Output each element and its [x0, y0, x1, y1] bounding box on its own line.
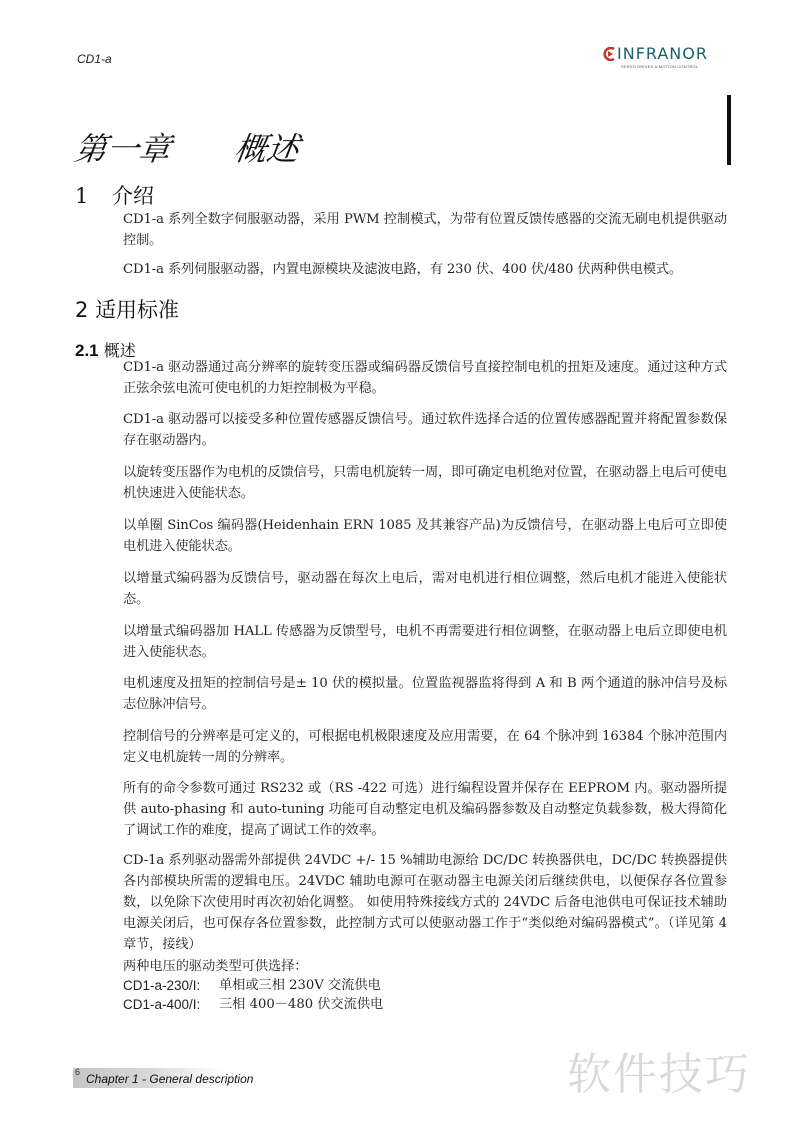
voltage-intro: 两种电压的驱动类型可供选择：	[123, 957, 383, 976]
paragraph: CD1-a 驱动器可以接受多种位置传感器反馈信号。通过软件选择合适的位置传感器配…	[123, 409, 727, 451]
section-title: 介绍	[112, 184, 154, 208]
section-title: 适用标准	[95, 298, 179, 322]
chapter-number: 第一章	[72, 130, 173, 168]
chapter-side-marker	[727, 95, 731, 165]
paragraph: 以单圈 SinCos 编码器(Heidenhain ERN 1085 及其兼容产…	[123, 515, 727, 557]
section-heading-2: 2 适用标准	[75, 294, 179, 324]
paragraph: CD1-a 系列全数字伺服驱动器，采用 PWM 控制模式，为带有位置反馈传感器的…	[123, 209, 727, 251]
chapter-title: 第一章概述	[72, 124, 302, 170]
section-heading-1: 1介绍	[75, 180, 154, 210]
paragraph: 以增量式编码器加 HALL 传感器为反馈型号，电机不再需要进行相位调整，在驱动器…	[123, 621, 727, 663]
model-name: CD1-a-230/I:	[123, 976, 219, 995]
paragraph: CD1-a 系列伺服驱动器，内置电源模块及滤波电路，有 230 伏、400 伏/…	[123, 259, 727, 280]
logo-text: INFRANOR	[617, 45, 708, 63]
watermark: 软件技巧	[567, 1038, 751, 1102]
paragraph: 以旋转变压器作为电机的反馈信号，只需电机旋转一周，即可确定电机绝对位置，在驱动器…	[123, 462, 727, 504]
infranor-logo: INFRANOR SERVO DRIVES & MOTION CONTROL	[603, 45, 728, 75]
logo-mark-icon	[603, 47, 615, 61]
document-code: CD1-a	[77, 52, 112, 66]
model-description: 单相或三相 230V 交流供电	[219, 976, 381, 995]
paragraph: CD1-a 驱动器通过高分辨率的旋转变压器或编码器反馈信号直接控制电机的扭矩及速…	[123, 357, 727, 399]
page-number: 6	[75, 1067, 80, 1077]
section-number: 1	[75, 184, 112, 208]
logo-tagline: SERVO DRIVES & MOTION CONTROL	[621, 64, 728, 69]
section-number: 2	[75, 298, 88, 322]
paragraph: 以增量式编码器为反馈信号，驱动器在每次上电后，需对电机进行相位调整，然后电机才能…	[123, 568, 727, 610]
voltage-type-row: CD1-a-400/I: 三相 400－480 伏交流供电	[123, 995, 383, 1014]
subsection-number: 2.1	[75, 341, 99, 360]
paragraph: 电机速度及扭矩的控制信号是± 10 伏的模拟量。位置监视器监将得到 A 和 B …	[123, 673, 727, 715]
paragraph: 控制信号的分辨率是可定义的，可根据电机极限速度及应用需要，在 64 个脉冲到 1…	[123, 726, 727, 768]
voltage-type-row: CD1-a-230/I: 单相或三相 230V 交流供电	[123, 976, 383, 995]
paragraph: 所有的命令参数可通过 RS232 或（RS -422 可选）进行编程设置并保存在…	[123, 778, 727, 841]
model-name: CD1-a-400/I:	[123, 995, 219, 1014]
footer-chapter-label: Chapter 1 - General description	[86, 1072, 253, 1086]
paragraph: CD-1a 系列驱动器需外部提供 24VDC +/- 15 %辅助电源给 DC/…	[123, 850, 727, 955]
model-description: 三相 400－480 伏交流供电	[219, 995, 383, 1014]
voltage-type-list: 两种电压的驱动类型可供选择： CD1-a-230/I: 单相或三相 230V 交…	[123, 957, 383, 1014]
chapter-name: 概述	[232, 130, 301, 168]
